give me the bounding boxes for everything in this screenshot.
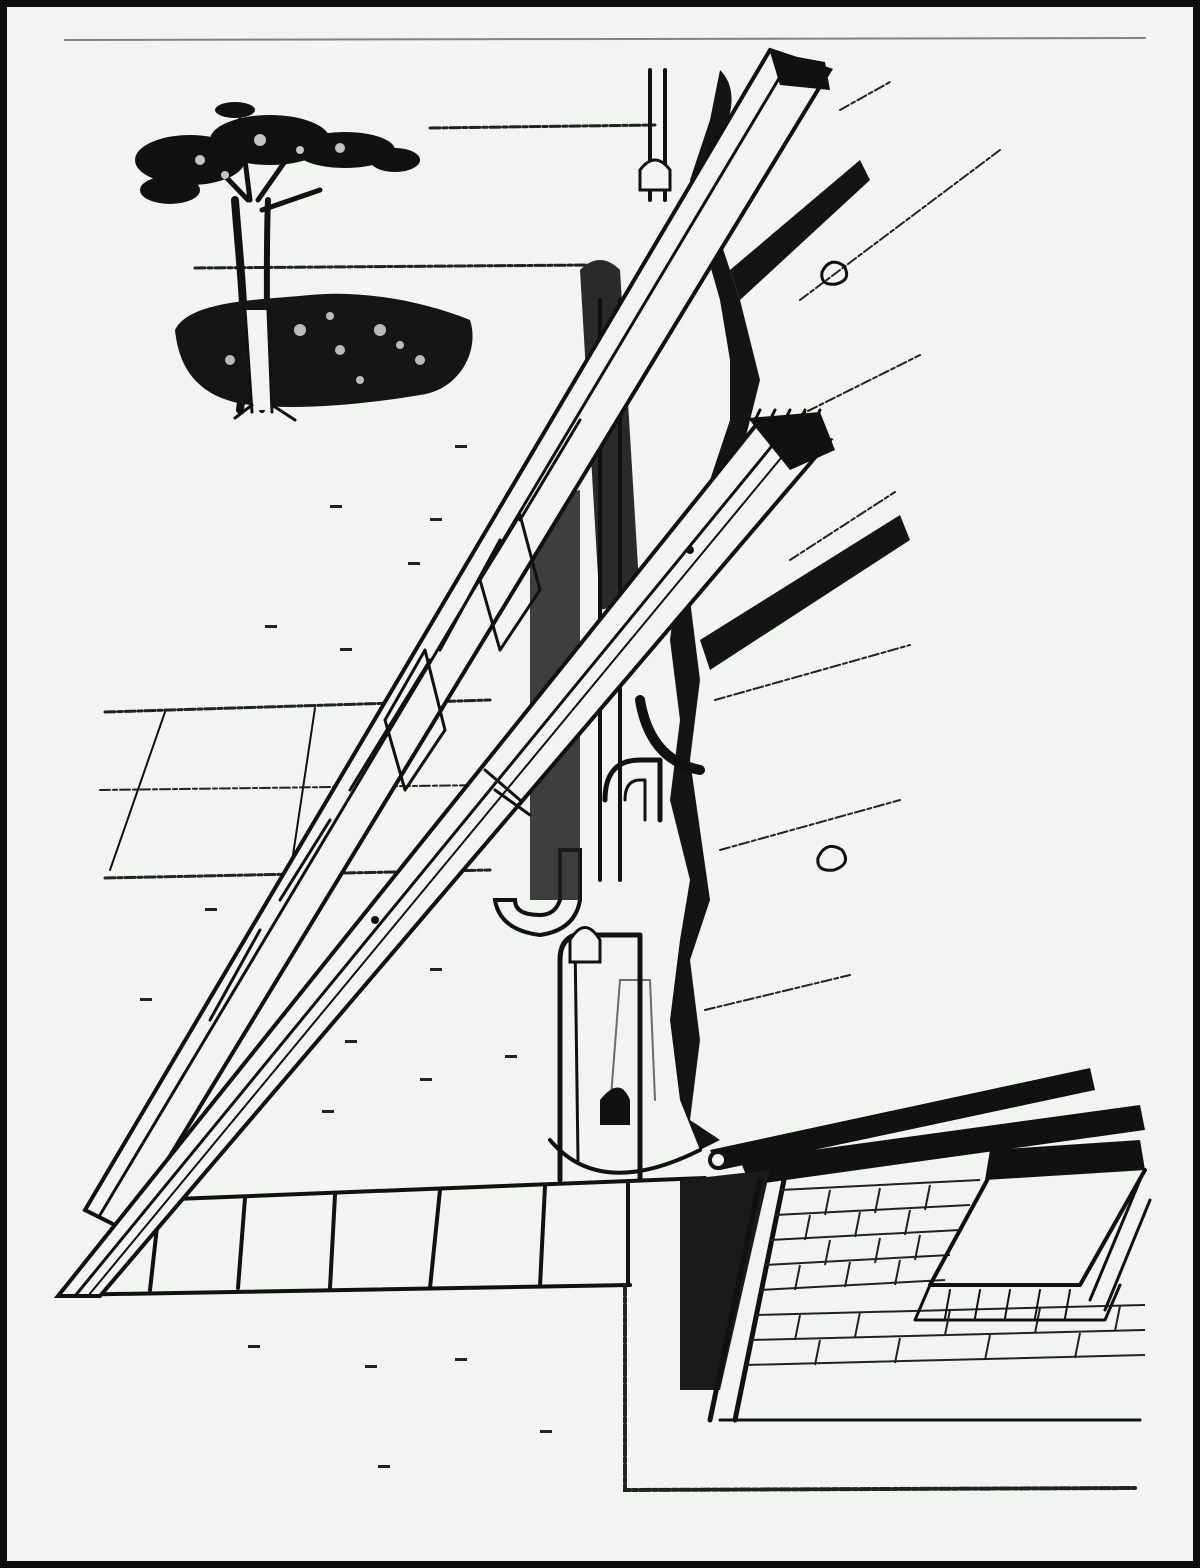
bush [175, 294, 473, 420]
brick-wall [680, 1170, 1145, 1420]
ladder-illustration [7, 7, 1193, 1561]
illustration-frame: Line-art illustration of ladders leaning… [7, 7, 1193, 1561]
